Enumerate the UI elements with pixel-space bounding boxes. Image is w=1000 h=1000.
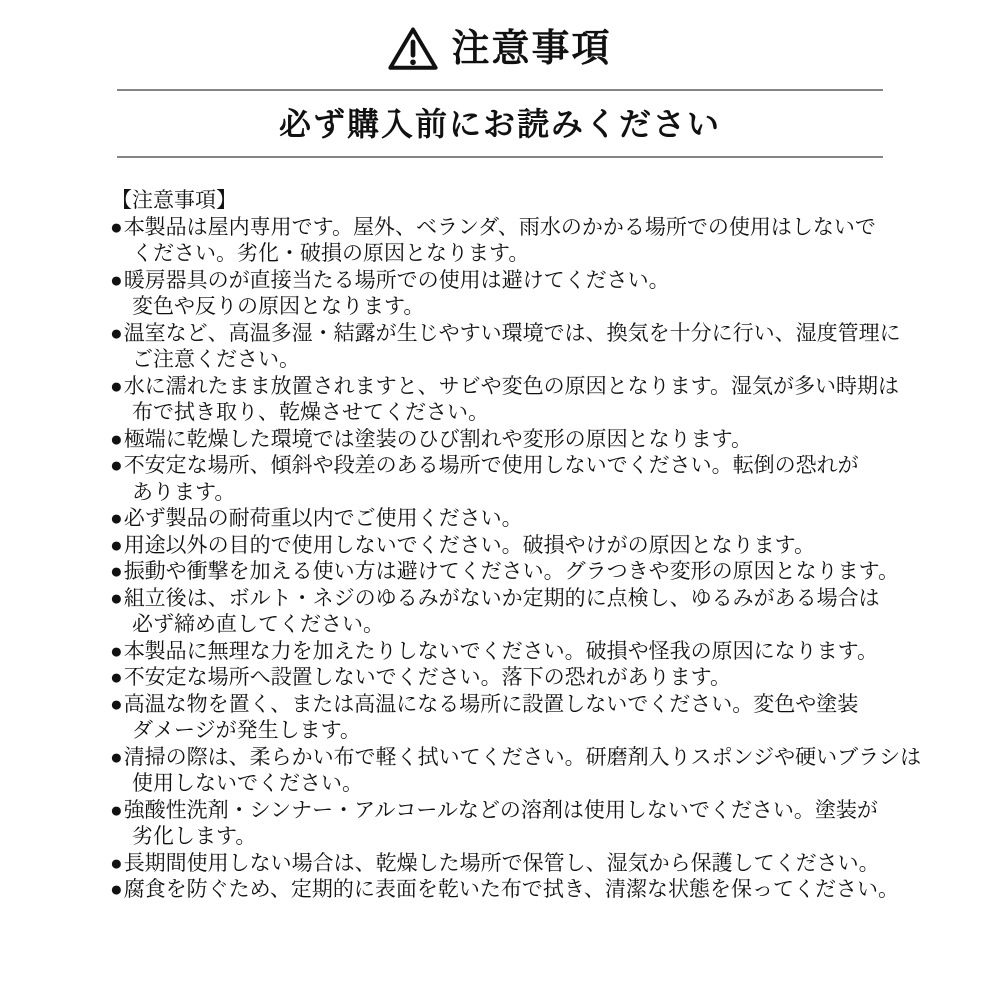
caution-item: ●清掃の際は、柔らかい布で軽く拭いてください。研磨剤入りスポンジや硬いブラシは … — [110, 745, 955, 798]
bullet-marker: ● — [110, 269, 124, 292]
caution-item: ●用途以外の目的で使用しないでください。破損やけがの原因となります。 — [110, 533, 955, 560]
bullet-marker: ● — [110, 454, 124, 477]
caution-text: 高温な物を置く、または高温になる場所に設置しないでください。変色や塗装 ダメージ… — [124, 693, 859, 743]
bullet-marker: ● — [110, 375, 124, 398]
caution-text: 不安定な場所へ設置しないでください。落下の恐れがあります。 — [124, 666, 731, 689]
caution-text: 本製品に無理な力を加えたりしないでください。破損や怪我の原因になります。 — [124, 640, 878, 663]
bullet-marker: ● — [110, 640, 124, 663]
caution-item: ●本製品は屋内専用です。屋外、ベランダ、雨水のかかる場所での使用はしないで くだ… — [110, 215, 955, 268]
caution-text: 必ず製品の耐荷重以内でご使用ください。 — [124, 507, 523, 530]
bullet-marker: ● — [110, 852, 124, 875]
bullet-marker: ● — [110, 428, 124, 451]
caution-item: ●不安定な場所へ設置しないでください。落下の恐れがあります。 — [110, 665, 955, 692]
caution-item: ●水に濡れたまま放置されますと、サビや変色の原因となります。湿気が多い時期は 布… — [110, 374, 955, 427]
bullet-marker: ● — [110, 799, 124, 822]
warning-triangle-icon — [388, 26, 438, 72]
bullet-marker: ● — [110, 507, 124, 530]
caution-notes-section: 【注意事項】 ●本製品は屋内専用です。屋外、ベランダ、雨水のかかる場所での使用は… — [110, 188, 955, 904]
caution-item: ●温室など、高温多湿・結露が生じやすい環境では、換気を十分に行い、湿度管理に ご… — [110, 321, 955, 374]
divider-bottom — [117, 156, 883, 158]
bullet-marker: ● — [110, 560, 124, 583]
bullet-marker: ● — [110, 322, 124, 345]
caution-page: 注意事項 必ず購入前にお読みください 【注意事項】 ●本製品は屋内専用です。屋外… — [0, 0, 1000, 1000]
bullet-marker: ● — [110, 693, 124, 716]
divider-top — [117, 89, 883, 91]
caution-item: ●不安定な場所、傾斜や段差のある場所で使用しないでください。転倒の恐れが ありま… — [110, 453, 955, 506]
caution-item: ●本製品に無理な力を加えたりしないでください。破損や怪我の原因になります。 — [110, 639, 955, 666]
caution-item: ●暖房器具のが直接当たる場所での使用は避けてください。 変色や反りの原因となりま… — [110, 268, 955, 321]
bullet-marker: ● — [110, 878, 124, 901]
caution-text: 温室など、高温多湿・結露が生じやすい環境では、換気を十分に行い、湿度管理に ご注… — [124, 322, 901, 372]
bullet-marker: ● — [110, 216, 124, 239]
caution-text: 強酸性洗剤・シンナー・アルコールなどの溶剤は使用しないでください。塗装が 劣化し… — [124, 799, 878, 849]
caution-text: 振動や衝撃を加える使い方は避けてください。グラつきや変形の原因となります。 — [124, 560, 899, 583]
caution-item: ●組立後は、ボルト・ネジのゆるみがないか定期的に点検し、ゆるみがある場合は 必ず… — [110, 586, 955, 639]
subtitle: 必ず購入前にお読みください — [0, 105, 1000, 143]
page-title: 注意事項 — [451, 30, 611, 68]
bullet-marker: ● — [110, 746, 124, 769]
caution-text: 暖房器具のが直接当たる場所での使用は避けてください。 変色や反りの原因となります… — [124, 269, 670, 319]
bullet-marker: ● — [110, 534, 124, 557]
caution-text: 不安定な場所、傾斜や段差のある場所で使用しないでください。転倒の恐れが あります… — [124, 454, 859, 504]
caution-item: ●強酸性洗剤・シンナー・アルコールなどの溶剤は使用しないでください。塗装が 劣化… — [110, 798, 955, 851]
caution-item: ●極端に乾燥した環境では塗装のひび割れや変形の原因となります。 — [110, 427, 955, 454]
section-label: 【注意事項】 — [111, 188, 955, 215]
caution-text: 本製品は屋内専用です。屋外、ベランダ、雨水のかかる場所での使用はしないで くださ… — [124, 216, 876, 266]
caution-item: ●高温な物を置く、または高温になる場所に設置しないでください。変色や塗装 ダメー… — [110, 692, 955, 745]
caution-text: 用途以外の目的で使用しないでください。破損やけがの原因となります。 — [124, 534, 815, 557]
bullet-marker: ● — [110, 666, 124, 689]
bullet-marker: ● — [110, 587, 124, 610]
caution-text: 極端に乾燥した環境では塗装のひび割れや変形の原因となります。 — [124, 428, 752, 451]
caution-text: 腐食を防ぐため、定期的に表面を乾いた布で拭き、清潔な状態を保ってください。 — [124, 878, 899, 901]
page-header: 注意事項 — [0, 0, 1000, 73]
caution-text: 長期間使用しない場合は、乾燥した場所で保管し、湿気から保護してください。 — [124, 852, 880, 875]
caution-item: ●腐食を防ぐため、定期的に表面を乾いた布で拭き、清潔な状態を保ってください。 — [110, 877, 955, 904]
caution-text: 組立後は、ボルト・ネジのゆるみがないか定期的に点検し、ゆるみがある場合は 必ず締… — [124, 587, 880, 637]
caution-text: 水に濡れたまま放置されますと、サビや変色の原因となります。湿気が多い時期は 布で… — [124, 375, 899, 425]
caution-item: ●必ず製品の耐荷重以内でご使用ください。 — [110, 506, 955, 533]
caution-item: ●振動や衝撃を加える使い方は避けてください。グラつきや変形の原因となります。 — [110, 559, 955, 586]
caution-item: ●長期間使用しない場合は、乾燥した場所で保管し、湿気から保護してください。 — [110, 851, 955, 878]
caution-text: 清掃の際は、柔らかい布で軽く拭いてください。研磨剤入りスポンジや硬いブラシは 使… — [124, 746, 921, 796]
